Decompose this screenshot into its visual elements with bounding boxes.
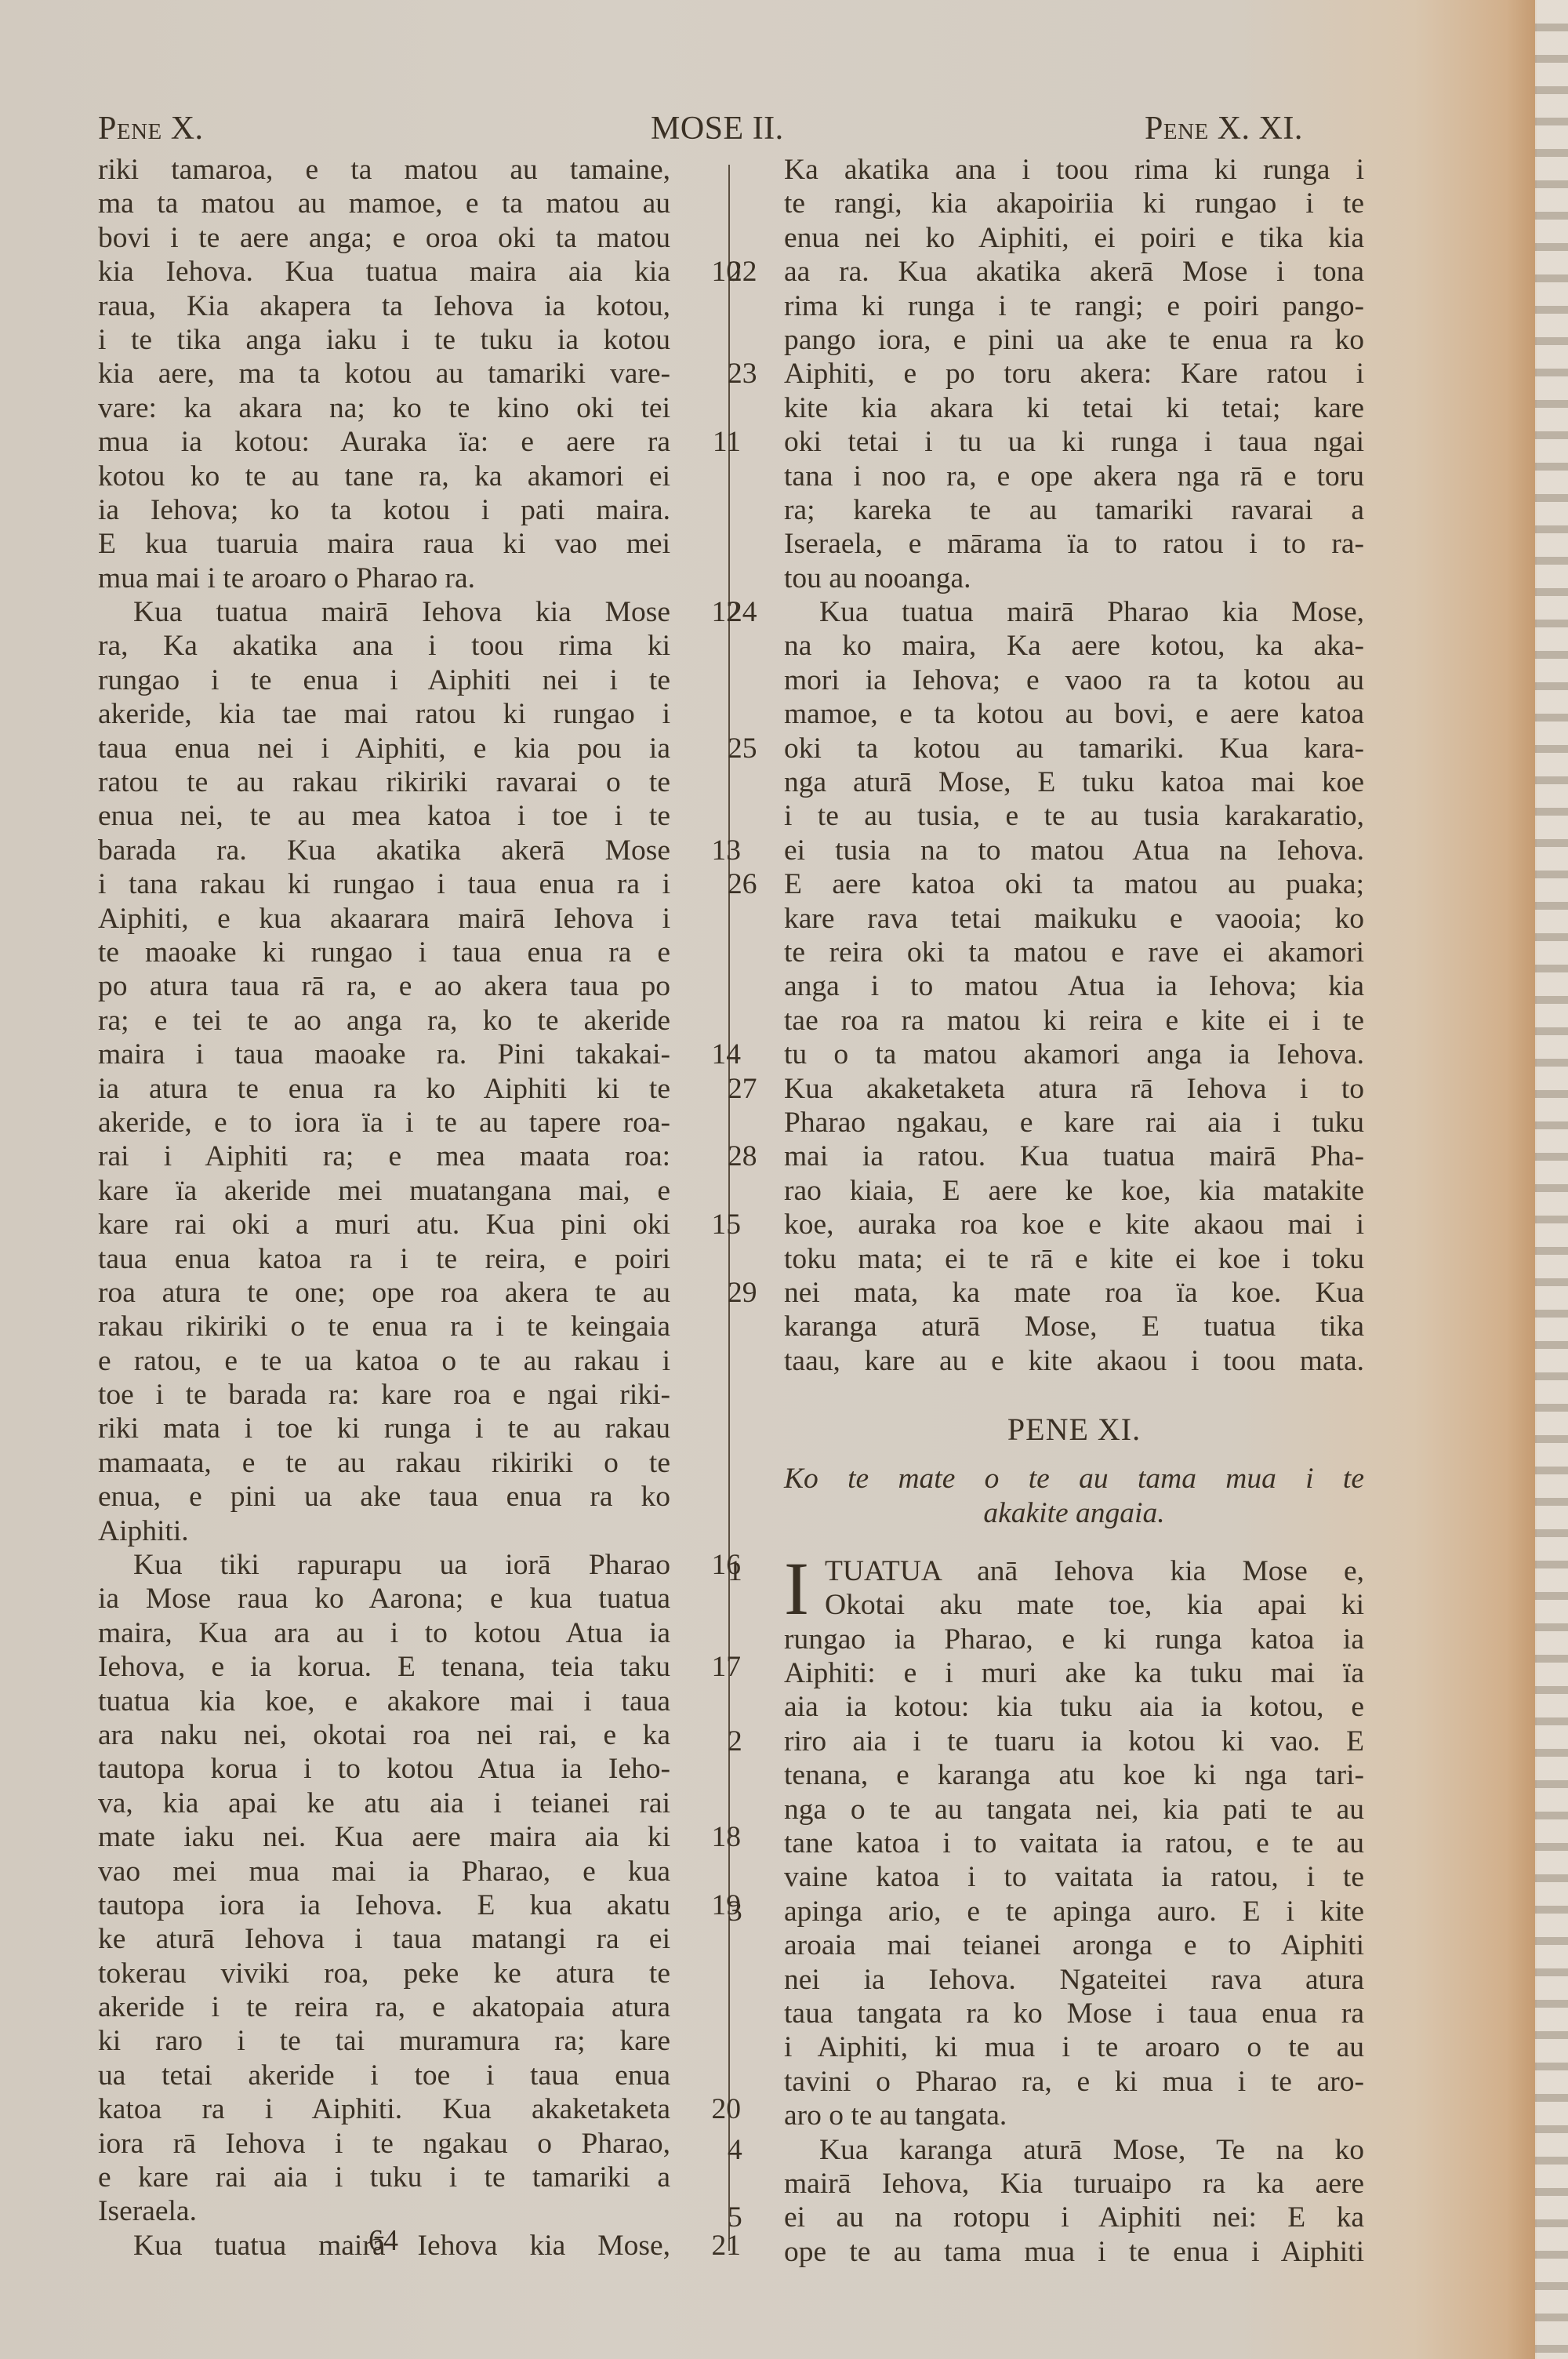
text-line: mairā Iehova, Kia turuaipo ra ka aere xyxy=(784,2167,1364,2201)
text-line: barada ra. Kua akatika akerā Mose13 xyxy=(98,834,670,867)
line-text: tu o ta matou akamori anga ia Iehova. xyxy=(784,1038,1364,1070)
verse-number: 24 xyxy=(728,595,757,629)
verse-number: 13 xyxy=(712,834,742,867)
line-text: vare: ka akara na; ko te kino oki tei xyxy=(98,392,670,424)
text-line: ia atura te enua ra ko Aiphiti ki te xyxy=(98,1072,670,1106)
text-line: apinga ario, e te apinga auro. E i kite3 xyxy=(784,1895,1364,1928)
verse-number: 17 xyxy=(712,1650,742,1684)
text-line: ara naku nei, okotai roa nei rai, e ka xyxy=(98,1718,670,1752)
line-text: koe, auraka roa koe e kite akaou mai i xyxy=(784,1209,1364,1241)
line-text: toe i te barada ra: kare roa e ngai riki… xyxy=(98,1379,670,1411)
summary-line: akakite angaia. xyxy=(784,1496,1364,1531)
line-text: maira, Kua ara au i to kotou Atua ia xyxy=(98,1617,670,1649)
next-page-edge xyxy=(1535,0,1568,2359)
line-text: ia Mose raua ko Aarona; e kua tuatua xyxy=(98,1583,670,1615)
text-line: kare ïa akeride mei muatangana mai, e xyxy=(98,1174,670,1208)
line-text: ke aturā Iehova i taua matangi ra ei xyxy=(98,1923,670,1955)
verse-number: 2 xyxy=(728,1725,742,1758)
text-line: katoa ra i Aiphiti. Kua akaketaketa20 xyxy=(98,2092,670,2126)
text-line: kotou ko te au tane ra, ka akamori ei xyxy=(98,460,670,493)
text-line: tautopa korua i to kotou Atua ia Ieho- xyxy=(98,1752,670,1786)
line-text: ara naku nei, okotai roa nei rai, e ka xyxy=(98,1719,670,1751)
line-text: mamoe, e ta kotou au bovi, e aere katoa xyxy=(784,698,1364,730)
line-text: Aiphiti, e po toru akera: Kare ratou i xyxy=(784,358,1364,390)
line-text: i Aiphiti, ki mua i te aroaro o te au xyxy=(784,2031,1364,2063)
text-line: ia Iehova; ko ta kotou i pati maira. xyxy=(98,493,670,527)
text-line: ma ta matou au mamoe, e ta matou au xyxy=(98,187,670,220)
text-line: tenana, e karanga atu koe ki nga tari- xyxy=(784,1758,1364,1792)
line-text: bovi i te aere anga; e oroa oki ta matou xyxy=(98,222,670,254)
line-text: va, kia apai ke atu aia i teianei rai xyxy=(98,1787,670,1819)
line-text: maira i taua maoake ra. Pini takakai- xyxy=(98,1038,670,1070)
line-text: taua tangata ra ko Mose i taua enua ra xyxy=(784,1997,1364,2030)
text-line: Kua tiki rapurapu ua iorā Pharao16 xyxy=(98,1548,670,1582)
text-line: ra; e tei te ao anga ra, ko te akeride xyxy=(98,1004,670,1038)
text-line: na ko maira, Ka aere kotou, ka aka- xyxy=(784,629,1364,663)
text-line: koe, auraka roa koe e kite akaou mai i xyxy=(784,1208,1364,1241)
line-text: katoa ra i Aiphiti. Kua akaketaketa xyxy=(98,2093,670,2125)
line-text: aia ia kotou: kia tuku aia ia kotou, e xyxy=(784,1691,1364,1723)
line-text: nga aturā Mose, E tuku katoa mai koe xyxy=(784,766,1364,798)
text-line: i te tika anga iaku i te tuku ia kotou xyxy=(98,323,670,357)
text-line: kia Iehova. Kua tuatua maira aia kia10 xyxy=(98,255,670,289)
line-text: barada ra. Kua akatika akerā Mose xyxy=(98,834,670,867)
line-text: kotou ko te au tane ra, ka akamori ei xyxy=(98,460,670,493)
line-text: na ko maira, Ka aere kotou, ka aka- xyxy=(784,630,1364,662)
text-line: rao kiaia, E aere ke koe, kia matakite xyxy=(784,1174,1364,1208)
text-line: enua nei ko Aiphiti, ei poiri e tika kia xyxy=(784,221,1364,255)
verse-number: 27 xyxy=(728,1072,757,1106)
line-text: kia aere, ma ta kotou au tamariki vare- xyxy=(98,358,670,390)
verse-number: 18 xyxy=(712,1820,742,1854)
line-text: tokerau viviki roa, peke ke atura te xyxy=(98,1957,670,1990)
line-text: i te au tusia, e te au tusia karakaratio… xyxy=(784,800,1364,832)
text-line: te maoake ki rungao i taua enua ra e xyxy=(98,936,670,969)
verse-number: 29 xyxy=(728,1276,757,1310)
text-line: tuatua kia koe, e akakore mai i taua xyxy=(98,1685,670,1718)
text-line: te rangi, kia akapoiriia ki rungao i te xyxy=(784,187,1364,220)
text-line: rungao i te enua i Aiphiti nei i te xyxy=(98,663,670,697)
line-text: rungao i te enua i Aiphiti nei i te xyxy=(98,664,670,696)
text-line: taua tangata ra ko Mose i taua enua ra xyxy=(784,1997,1364,2030)
text-line: akeride i te reira ra, e akatopaia atura xyxy=(98,1990,670,2024)
text-line: kia aere, ma ta kotou au tamariki vare- xyxy=(98,357,670,391)
line-text: ope te au tama mua i te enua i Aiphiti xyxy=(784,2236,1364,2268)
text-line: toe i te barada ra: kare roa e ngai riki… xyxy=(98,1378,670,1412)
text-line: Aiphiti, e kua akaarara mairā Iehova i xyxy=(98,902,670,936)
line-text: ki raro i te tai muramura ra; kare xyxy=(98,2025,670,2057)
verse-number: 4 xyxy=(728,2133,742,2167)
text-line: oki tetai i tu ua ki runga i taua ngai xyxy=(784,425,1364,459)
text-line: mamaata, e te au rakau rikiriki o te xyxy=(98,1446,670,1480)
line-text: Aiphiti. xyxy=(98,1515,189,1547)
line-text: kare rava tetai maikuku e vaooia; ko xyxy=(784,903,1364,935)
line-text: mua ia kotou: Auraka ïa: e aere ra xyxy=(98,426,670,458)
line-text: ia Iehova; ko ta kotou i pati maira. xyxy=(98,494,670,526)
text-line: roa atura te one; ope roa akera te au xyxy=(98,1276,670,1310)
text-line: bovi i te aere anga; e oroa oki ta matou xyxy=(98,221,670,255)
line-text: tuatua kia koe, e akakore mai i taua xyxy=(98,1685,670,1717)
verse-number: 26 xyxy=(728,867,757,901)
line-text: apinga ario, e te apinga auro. E i kite xyxy=(784,1896,1364,1928)
line-text: pango iora, e pini ua ake te enua ra ko xyxy=(784,324,1364,356)
text-line: E aere katoa oki ta matou au puaka;26 xyxy=(784,867,1364,901)
line-text: tane katoa i to vaitata ia ratou, e te a… xyxy=(784,1827,1364,1859)
text-line: aro o te au tangata. xyxy=(784,2099,1364,2132)
text-line: tokerau viviki roa, peke ke atura te xyxy=(98,1957,670,1990)
line-text: Pharao ngakau, e kare rai aia i tuku xyxy=(784,1107,1364,1139)
text-line: tu o ta matou akamori anga ia Iehova. xyxy=(784,1038,1364,1071)
line-text: enua nei, te au mea katoa i toe i te xyxy=(98,800,670,832)
verse-number: 28 xyxy=(728,1140,757,1173)
line-text: tautopa iora ia Iehova. E kua akatu xyxy=(98,1889,670,1921)
line-text: nei ia Iehova. Ngateitei rava atura xyxy=(784,1964,1364,1996)
line-text: mai ia ratou. Kua tuatua mairā Pha- xyxy=(784,1140,1364,1172)
line-text: akeride i te reira ra, e akatopaia atura xyxy=(98,1991,670,2023)
text-line: Kua akaketaketa atura rā Iehova i to27 xyxy=(784,1072,1364,1106)
verse-number: 5 xyxy=(728,2201,742,2234)
chapter-summary: Ko te mate o te au tama mua i te akakite… xyxy=(784,1462,1364,1530)
line-text: kia Iehova. Kua tuatua maira aia kia xyxy=(98,256,670,288)
line-text: kare ïa akeride mei muatangana mai, e xyxy=(98,1175,670,1207)
text-line: E kua tuaruia maira raua ki vao mei xyxy=(98,527,670,561)
text-line: va, kia apai ke atu aia i teianei rai xyxy=(98,1787,670,1820)
line-text: Kua tuatua mairā Iehova kia Mose, xyxy=(133,2230,670,2262)
line-text: ua tetai akeride i toe i taua enua xyxy=(98,2059,670,2092)
text-line: mua ia kotou: Auraka ïa: e aere ra11 xyxy=(98,425,670,459)
line-text: e kare rai aia i tuku i te tamariki a xyxy=(98,2161,670,2194)
text-line: nei mata, ka mate roa ïa koe. Kua29 xyxy=(784,1276,1364,1310)
line-text: Iehova, e ia korua. E tenana, teia taku xyxy=(98,1651,670,1683)
text-line: anga i to matou Atua ia Iehova; kia xyxy=(784,969,1364,1003)
verse-number: 23 xyxy=(728,357,757,391)
verse-number: 14 xyxy=(712,1038,742,1071)
line-text: tana i noo ra, e ope akera nga rā e toru xyxy=(784,460,1364,493)
text-line: rakau rikiriki o te enua ra i te keingai… xyxy=(98,1310,670,1343)
text-line: Iseraela, e mārama ïa to ratou i to ra- xyxy=(784,527,1364,561)
line-text: aroaia mai teianei aronga e to Aiphiti xyxy=(784,1929,1364,1961)
line-text: tavini o Pharao ra, e ki mua i te aro- xyxy=(784,2066,1364,2098)
line-text: oki tetai i tu ua ki runga i taua ngai xyxy=(784,426,1364,458)
text-line: Iehova, e ia korua. E tenana, teia taku1… xyxy=(98,1650,670,1684)
line-text: Iseraela. xyxy=(98,2195,197,2227)
text-line: vaine katoa i to vaitata ia ratou, i te xyxy=(784,1860,1364,1894)
text-line: mate iaku nei. Kua aere maira aia ki18 xyxy=(98,1820,670,1854)
line-text: Aiphiti, e kua akaarara mairā Iehova i xyxy=(98,903,670,935)
text-line: mua mai i te aroaro o Pharao ra. xyxy=(98,562,670,595)
line-text: i tana rakau ki rungao i taua enua ra i xyxy=(98,868,670,900)
line-text: toku mata; ei te rā e kite ei koe i toku xyxy=(784,1243,1364,1275)
line-text: rai i Aiphiti ra; e mea maata roa: xyxy=(98,1140,670,1172)
line-text: Kua akaketaketa atura rā Iehova i to xyxy=(784,1073,1364,1105)
chapter-opening: 1 I TUATUA anā Iehova kia Mose e, Okotai… xyxy=(784,1554,1364,1623)
line-text: taua enua katoa ra i te reira, e poiri xyxy=(98,1243,670,1275)
line-text: rakau rikiriki o te enua ra i te keingai… xyxy=(98,1310,670,1343)
text-line: mamoe, e ta kotou au bovi, e aere katoa xyxy=(784,697,1364,731)
text-line: tane katoa i to vaitata ia ratou, e te a… xyxy=(784,1826,1364,1860)
right-column: Ka akatika ana i toou rima ki runga ite … xyxy=(784,153,1364,2269)
text-line: i Aiphiti, ki mua i te aroaro o te au xyxy=(784,2030,1364,2064)
line-text: enua, e pini ua ake taua enua ra ko xyxy=(98,1481,670,1513)
text-line: TUATUA anā Iehova kia Mose e, xyxy=(784,1554,1364,1588)
text-line: vao mei mua mai ia Pharao, e kua xyxy=(98,1855,670,1888)
line-text: E kua tuaruia maira raua ki vao mei xyxy=(98,528,670,560)
line-text: raua, Kia akapera ta Iehova ia kotou, xyxy=(98,290,670,322)
text-line: ke aturā Iehova i taua matangi ra ei xyxy=(98,1922,670,1956)
line-text: roa atura te one; ope roa akera te au xyxy=(98,1277,670,1309)
line-text: tautopa korua i to kotou Atua ia Ieho- xyxy=(98,1753,670,1785)
line-text: te rangi, kia akapoiriia ki rungao i te xyxy=(784,187,1364,220)
line-text: tenana, e karanga atu koe ki nga tari- xyxy=(784,1759,1364,1791)
text-line: Okotai aku mate toe, kia apai ki xyxy=(784,1588,1364,1622)
text-line: ratou te au rakau rikiriki ravarai o te xyxy=(98,765,670,799)
verse-number: 25 xyxy=(728,732,757,765)
text-line: ra, Ka akatika ana i toou rima ki xyxy=(98,629,670,663)
line-text: Kua tiki rapurapu ua iorā Pharao xyxy=(133,1549,670,1581)
line-text: vaine katoa i to vaitata ia ratou, i te xyxy=(784,1861,1364,1893)
text-line: ei au na rotopu i Aiphiti nei: E ka5 xyxy=(784,2201,1364,2234)
verse-number: 1 xyxy=(728,1554,742,1588)
text-line: akeride, kia tae mai ratou ki rungao i xyxy=(98,697,670,731)
left-column: riki tamaroa, e ta matou au tamaine,ma t… xyxy=(98,153,670,2263)
text-line: ra; kareka te au tamariki ravarai a xyxy=(784,493,1364,527)
text-line: Aiphiti: e i muri ake ka tuku mai ïa xyxy=(784,1656,1364,1690)
text-line: taua enua katoa ra i te reira, e poiri xyxy=(98,1242,670,1276)
text-line: rai i Aiphiti ra; e mea maata roa: xyxy=(98,1140,670,1173)
line-text: Kua tuatua mairā Pharao kia Mose, xyxy=(819,596,1364,628)
text-line: ki raro i te tai muramura ra; kare xyxy=(98,2024,670,2058)
line-text: Iseraela, e mārama ïa to ratou i to ra- xyxy=(784,528,1364,560)
text-line: akeride, e to iora ïa i te au tapere roa… xyxy=(98,1106,670,1140)
text-line: i te au tusia, e te au tusia karakaratio… xyxy=(784,799,1364,833)
text-line: Ka akatika ana i toou rima ki runga i xyxy=(784,153,1364,187)
line-text: taau, kare au e kite akaou i toou mata. xyxy=(784,1345,1364,1377)
text-line: iora rā Iehova i te ngakau o Pharao, xyxy=(98,2127,670,2161)
text-line: i tana rakau ki rungao i taua enua ra i xyxy=(98,867,670,901)
text-line: riki mata i toe ki runga i te au rakau xyxy=(98,1412,670,1445)
text-line: karanga aturā Mose, E tuatua tika xyxy=(784,1310,1364,1343)
text-line: tavini o Pharao ra, e ki mua i te aro- xyxy=(784,2065,1364,2099)
text-line: enua, e pini ua ake taua enua ra ko xyxy=(98,1480,670,1514)
chapter-heading: PENE XI. xyxy=(784,1412,1364,1446)
line-text: nga o te au tangata nei, kia pati te au xyxy=(784,1794,1364,1826)
text-line: kare rai oki a muri atu. Kua pini oki15 xyxy=(98,1208,670,1241)
page-number: 64 xyxy=(368,2223,398,2258)
text-line: tana i noo ra, e ope akera nga rā e toru xyxy=(784,460,1364,493)
line-text: rima ki runga i te rangi; e poiri pango- xyxy=(784,290,1364,322)
line-text: tou au nooanga. xyxy=(784,562,971,594)
line-text: po atura taua rā ra, e ao akera taua po xyxy=(98,970,670,1002)
verse-number: 22 xyxy=(728,255,757,289)
text-line: kare rava tetai maikuku e vaooia; ko xyxy=(784,902,1364,936)
line-text: Kua tuatua mairā Iehova kia Mose xyxy=(133,596,670,628)
line-text: ia atura te enua ra ko Aiphiti ki te xyxy=(98,1073,670,1105)
text-line: Kua karanga aturā Mose, Te na ko4 xyxy=(784,2133,1364,2167)
text-line: ia Mose raua ko Aarona; e kua tuatua xyxy=(98,1582,670,1616)
text-line: kite kia akara ki tetai ki tetai; kare xyxy=(784,391,1364,425)
right-column-chapter-x: Ka akatika ana i toou rima ki runga ite … xyxy=(784,153,1364,1378)
line-text: mori ia Iehova; e vaoo ra ta kotou au xyxy=(784,664,1364,696)
text-line: raua, Kia akapera ta Iehova ia kotou, xyxy=(98,289,670,323)
line-text: riro aia i te tuaru ia kotou ki vao. E xyxy=(784,1725,1364,1757)
line-text: ra; e tei te ao anga ra, ko te akeride xyxy=(98,1005,670,1037)
line-text: Ka akatika ana i toou rima ki runga i xyxy=(784,154,1364,186)
text-line: pango iora, e pini ua ake te enua ra ko xyxy=(784,323,1364,357)
running-head-title: MOSE II. xyxy=(651,110,784,147)
text-line: tou au nooanga. xyxy=(784,562,1364,595)
text-line: nei ia Iehova. Ngateitei rava atura xyxy=(784,1963,1364,1997)
text-line: Kua tuatua mairā Iehova kia Mose12 xyxy=(98,595,670,629)
text-line: taua enua nei i Aiphiti, e kia pou ia xyxy=(98,732,670,765)
line-text: ratou te au rakau rikiriki ravarai o te xyxy=(98,766,670,798)
line-text: riki mata i toe ki runga i te au rakau xyxy=(98,1412,670,1445)
line-text: te maoake ki rungao i taua enua ra e xyxy=(98,936,670,969)
text-line: Kua tuatua mairā Pharao kia Mose,24 xyxy=(784,595,1364,629)
text-line: mori ia Iehova; e vaoo ra ta kotou au xyxy=(784,663,1364,697)
text-line: e ratou, e te ua katoa o te au rakau i xyxy=(98,1344,670,1378)
verse-number: 20 xyxy=(712,2092,742,2126)
text-line: rima ki runga i te rangi; e poiri pango- xyxy=(784,289,1364,323)
verse-number: 3 xyxy=(728,1895,742,1928)
line-text: Aiphiti: e i muri ake ka tuku mai ïa xyxy=(784,1657,1364,1689)
right-column-chapter-xi: rungao ia Pharao, e ki runga katoa iaAip… xyxy=(784,1623,1364,2269)
line-text: taua enua nei i Aiphiti, e kia pou ia xyxy=(98,732,670,765)
text-line: rungao ia Pharao, e ki runga katoa ia xyxy=(784,1623,1364,1656)
running-head-right: Pene X. XI. xyxy=(1145,110,1303,147)
text-line: te reira oki ta matou e rave ei akamori xyxy=(784,936,1364,969)
line-text: nei mata, ka mate roa ïa koe. Kua xyxy=(784,1277,1364,1309)
text-line: oki ta kotou au tamariki. Kua kara-25 xyxy=(784,732,1364,765)
text-line: vare: ka akara na; ko te kino oki tei xyxy=(98,391,670,425)
line-text: vao mei mua mai ia Pharao, e kua xyxy=(98,1856,670,1888)
text-line: nga o te au tangata nei, kia pati te au xyxy=(784,1793,1364,1826)
line-text: rungao ia Pharao, e ki runga katoa ia xyxy=(784,1623,1364,1656)
line-text: akeride, e to iora ïa i te au tapere roa… xyxy=(98,1107,670,1139)
line-text: anga i to matou Atua ia Iehova; kia xyxy=(784,970,1364,1002)
line-text: iora rā Iehova i te ngakau o Pharao, xyxy=(98,2128,670,2160)
text-line: nga aturā Mose, E tuku katoa mai koe xyxy=(784,765,1364,799)
text-line: maira, Kua ara au i to kotou Atua ia xyxy=(98,1616,670,1650)
verse-number: 11 xyxy=(713,425,741,459)
text-line: po atura taua rā ra, e ao akera taua po xyxy=(98,969,670,1003)
text-line: maira i taua maoake ra. Pini takakai-14 xyxy=(98,1038,670,1071)
text-line: Aiphiti. xyxy=(98,1514,670,1548)
text-line: tautopa iora ia Iehova. E kua akatu19 xyxy=(98,1888,670,1922)
line-text: aa ra. Kua akatika akerā Mose i tona xyxy=(784,256,1364,288)
line-text: rao kiaia, E aere ke koe, kia matakite xyxy=(784,1175,1364,1207)
text-line: taau, kare au e kite akaou i toou mata. xyxy=(784,1344,1364,1378)
line-text: e ratou, e te ua katoa o te au rakau i xyxy=(98,1345,670,1377)
text-line: riro aia i te tuaru ia kotou ki vao. E2 xyxy=(784,1725,1364,1758)
text-line: aa ra. Kua akatika akerā Mose i tona22 xyxy=(784,255,1364,289)
line-text: tae roa ra matou ki reira e kite ei i te xyxy=(784,1005,1364,1037)
line-text: oki ta kotou au tamariki. Kua kara- xyxy=(784,732,1364,765)
line-text: kite kia akara ki tetai ki tetai; kare xyxy=(784,392,1364,424)
line-text: ma ta matou au mamoe, e ta matou au xyxy=(98,187,670,220)
line-text: ra; kareka te au tamariki ravarai a xyxy=(784,494,1364,526)
line-text: mairā Iehova, Kia turuaipo ra ka aere xyxy=(784,2168,1364,2200)
line-text: ei au na rotopu i Aiphiti nei: E ka xyxy=(784,2201,1364,2234)
line-text: mate iaku nei. Kua aere maira aia ki xyxy=(98,1821,670,1853)
running-head-left: Pene X. xyxy=(98,110,204,147)
line-text: riki tamaroa, e ta matou au tamaine, xyxy=(98,154,670,186)
text-line: riki tamaroa, e ta matou au tamaine, xyxy=(98,153,670,187)
text-line: enua nei, te au mea katoa i toe i te xyxy=(98,799,670,833)
text-line: toku mata; ei te rā e kite ei koe i toku xyxy=(784,1242,1364,1276)
line-text: i te tika anga iaku i te tuku ia kotou xyxy=(98,324,670,356)
text-line: Aiphiti, e po toru akera: Kare ratou i23 xyxy=(784,357,1364,391)
text-line: mai ia ratou. Kua tuatua mairā Pha-28 xyxy=(784,1140,1364,1173)
text-line: ope te au tama mua i te enua i Aiphiti xyxy=(784,2235,1364,2269)
line-text: mua mai i te aroaro o Pharao ra. xyxy=(98,562,475,594)
line-text: ei tusia na to matou Atua na Iehova. xyxy=(784,834,1364,867)
text-line: ua tetai akeride i toe i taua enua xyxy=(98,2059,670,2092)
line-text: te reira oki ta matou e rave ei akamori xyxy=(784,936,1364,969)
line-text: kare rai oki a muri atu. Kua pini oki xyxy=(98,1209,670,1241)
line-text: akeride, kia tae mai ratou ki rungao i xyxy=(98,698,670,730)
text-line: e kare rai aia i tuku i te tamariki a xyxy=(98,2161,670,2194)
line-text: enua nei ko Aiphiti, ei poiri e tika kia xyxy=(784,222,1364,254)
text-line: aroaia mai teianei aronga e to Aiphiti xyxy=(784,1928,1364,1962)
text-line: tae roa ra matou ki reira e kite ei i te xyxy=(784,1004,1364,1038)
verse-number: 15 xyxy=(712,1208,742,1241)
line-text: ra, Ka akatika ana i toou rima ki xyxy=(98,630,670,662)
text-line: Pharao ngakau, e kare rai aia i tuku xyxy=(784,1106,1364,1140)
line-text: mamaata, e te au rakau rikiriki o te xyxy=(98,1447,670,1479)
text-line: ei tusia na to matou Atua na Iehova. xyxy=(784,834,1364,867)
line-text: Kua karanga aturā Mose, Te na ko xyxy=(819,2134,1364,2166)
line-text: E aere katoa oki ta matou au puaka; xyxy=(784,868,1364,900)
summary-line: Ko te mate o te au tama mua i te xyxy=(784,1462,1364,1496)
line-text: aro o te au tangata. xyxy=(784,2099,1007,2132)
line-text: karanga aturā Mose, E tuatua tika xyxy=(784,1310,1364,1343)
text-line: aia ia kotou: kia tuku aia ia kotou, e xyxy=(784,1690,1364,1724)
